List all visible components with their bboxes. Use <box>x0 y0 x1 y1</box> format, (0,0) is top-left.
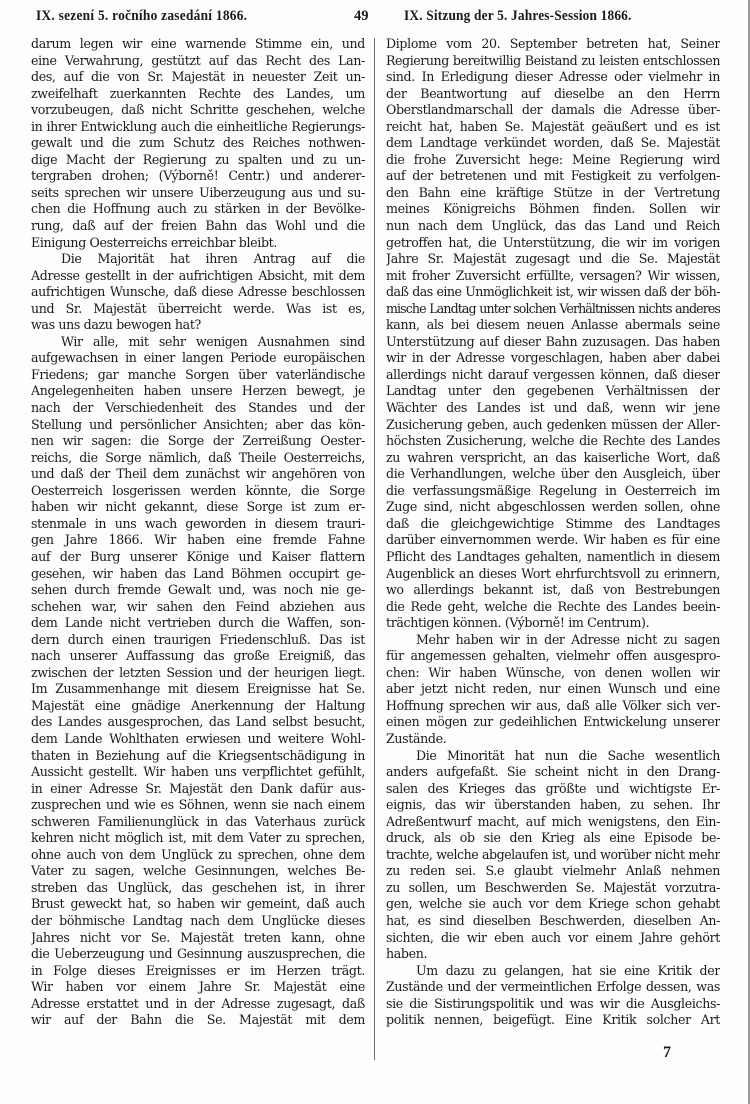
text-line: sind. In Erledigung dieser Adresse oder … <box>386 69 720 86</box>
text-line: Wächter des Landes ist und daß, wenn wir… <box>386 400 720 417</box>
text-line: die frohe Zuversicht hege: Meine Regieru… <box>386 152 720 169</box>
text-line: Um dazu zu gelangen, hat sie eine Kritik… <box>386 963 720 980</box>
text-line: nen wir sagen: die Sorge der Zerreißung … <box>31 433 365 450</box>
text-line: was uns dazu bewogen hat? <box>31 317 365 334</box>
text-line: höchsten Zusicherung, welche die Rechte … <box>386 433 720 450</box>
text-line: Zuge sind, nicht abgeschlossen werden so… <box>386 499 720 516</box>
text-line: Jahres nicht vor Se. Majestät treten kan… <box>31 930 365 947</box>
text-line: mit froher Zuversicht erfüllte, versagen… <box>386 268 720 285</box>
text-line: des, auf die von Sr. Majestät in neueste… <box>31 69 365 86</box>
column-divider <box>374 38 375 1060</box>
text-line: zwischen der letzten Session und der heu… <box>31 665 365 682</box>
text-line: Stellung und persönlicher Ansichten; abe… <box>31 417 365 434</box>
left-text-column: darum legen wir eine warnende Stimme ein… <box>31 36 365 1029</box>
page-number: 49 <box>354 8 369 25</box>
text-line: eignis, das wir überstanden haben, zu se… <box>386 797 720 814</box>
text-line: meines Königreichs Böhmen finden. Sollen… <box>386 201 720 218</box>
text-line: chen die Hoffnung auch zu stärken in der… <box>31 201 365 218</box>
text-line: gewalt und die zum Schutz des Reiches no… <box>31 135 365 152</box>
text-line: reicht hat, haben Se. Majestät geäußert … <box>386 119 720 136</box>
text-line: und daß der Theil dem zunächst wir angeh… <box>31 466 365 483</box>
text-line: hat, es sind dieselben Beschwerden, dies… <box>386 913 720 930</box>
running-header: IX. sezení 5. ročního zasedání 1866. 49 … <box>0 0 748 26</box>
text-line: die Ueberzeugung und Gesinnung auszuspre… <box>31 946 365 963</box>
text-line: Unterstützung auf dieser Bahn zuzusagen.… <box>386 334 720 351</box>
text-line: chen: Wir haben Wünsche, von denen wolle… <box>386 665 720 682</box>
text-line: Mehr haben wir in der Adresse nicht zu s… <box>386 632 720 649</box>
text-line: kehren nicht möglich ist, mit dem Vater … <box>31 830 365 847</box>
text-line: Adresse gestellt in der aufrichtigen Abs… <box>31 268 365 285</box>
text-line: aufrichtigen Wunsche, daß diese Adresse … <box>31 284 365 301</box>
text-line: Augenblick an dieses Wort ehrfurchtsvoll… <box>386 566 720 583</box>
text-line: Wir alle, mit sehr wenigen Ausnahmen sin… <box>31 334 365 351</box>
text-line: wo allerdings bekannt ist, daß von Bestr… <box>386 582 720 599</box>
text-line: in einer Adresse Sr. Majestät den Dank d… <box>31 781 365 798</box>
text-line: darüber einvernommen werde. Wir haben es… <box>386 532 720 549</box>
text-line: Majestät eine gnädige Anerkennung der Ha… <box>31 698 365 715</box>
text-line: für angemessen gehalten, vielmehr offen … <box>386 648 720 665</box>
text-line: Oesterreich losgerissen werden könnte, d… <box>31 483 365 500</box>
text-line: aber jetzt nicht reden, nur einen Wunsch… <box>386 681 720 698</box>
text-line: daß das eine Unmöglichkeit ist, wir wiss… <box>386 284 720 301</box>
text-line: nun nach dem Unglück, das das Land und R… <box>386 218 720 235</box>
text-line: aufgewachsen in einer langen Periode eur… <box>31 350 365 367</box>
text-line: haben. <box>386 946 720 963</box>
text-line: nach unserer Auffassung das große Ereign… <box>31 648 365 665</box>
text-line: auf der Burg unserer Könige und Kaiser f… <box>31 549 365 566</box>
header-german-title: IX. Sitzung der 5. Jahres-Session 1866. <box>404 8 632 25</box>
text-line: Adreßentwurf macht, auf mich wenigstens,… <box>386 814 720 831</box>
text-line: Friedens; gar manche Sorgen über vaterlä… <box>31 367 365 384</box>
text-line: schweren Familienunglück in das Vaterhau… <box>31 814 365 831</box>
text-line: thaten in Beziehung auf die Kriegsentsch… <box>31 748 365 765</box>
text-line: sie die Sistirungspolitik und was wir di… <box>386 996 720 1013</box>
text-line: getroffen hat, die Unterstützung, die wi… <box>386 235 720 252</box>
text-line: auf der betretenen und mit Festigkeit zu… <box>386 168 720 185</box>
text-line: Die Majorität hat ihren Antrag auf die <box>31 251 365 268</box>
text-line: zweifelhaft zuerkannten Rechte des Lande… <box>31 86 365 103</box>
text-line: Diplome vom 20. September betreten hat, … <box>386 36 720 53</box>
text-line: in Folge dieses Ereignisses er im Herzen… <box>31 963 365 980</box>
text-line: wir auf der Bahn die Se. Majestät mit de… <box>31 1012 365 1029</box>
text-line: anders aufgefaßt. Sie scheint nicht in d… <box>386 764 720 781</box>
text-line: mische Landtag unter solchen Verhältniss… <box>386 301 720 318</box>
text-line: stenmale in uns wach geworden in diesem … <box>31 516 365 533</box>
text-line: ohne auch von dem Unglück zu sprechen, o… <box>31 847 365 864</box>
text-line: und Sr. Majestät überreicht werde. Was i… <box>31 301 365 318</box>
text-line: Einigung Oesterreichs erreichbar bleibt. <box>31 235 365 252</box>
text-line: salen des Krieges das größte und wichtig… <box>386 781 720 798</box>
text-line: der böhmische Landtag nach dem Unglücke … <box>31 913 365 930</box>
text-line: schehen war, wir sahen den Feind abziehe… <box>31 599 365 616</box>
text-line: Pflicht des Landtages gehalten, namentli… <box>386 549 720 566</box>
text-line: sehen durch fremde Gewalt und, was noch … <box>31 582 365 599</box>
text-line: des Landes ausgesprochen, das Land selbs… <box>31 714 365 731</box>
text-line: Vater zu sagen, welche Gesinnungen, welc… <box>31 863 365 880</box>
text-line: einen mögen zur gedeihlichen Entwickelun… <box>386 714 720 731</box>
text-line: Landtag unter den gegebenen Verhältnisse… <box>386 383 720 400</box>
text-line: in ihrer Entwicklung auch die einheitlic… <box>31 119 365 136</box>
text-line: die Rede geht, welche die Rechte des Lan… <box>386 599 720 616</box>
text-line: Hoffnung sprechen wir aus, daß alle Völk… <box>386 698 720 715</box>
text-line: vorzubeugen, daß nicht Schritte geschehe… <box>31 102 365 119</box>
text-line: reichs, die Sorge nämlich, daß Theile Oe… <box>31 450 365 467</box>
text-line: dem Lande nicht vertrieben durch die Waf… <box>31 615 365 632</box>
text-line: Zustände und der vermeintlichen Erfolge … <box>386 979 720 996</box>
text-line: trachte, welche abgelaufen ist, und worü… <box>386 847 720 864</box>
text-line: die Verhandlungen, welche über den Ausgl… <box>386 466 720 483</box>
text-line: rung, daß auf der freien Bahn das Wohl u… <box>31 218 365 235</box>
text-line: eine Verwahrung, gestützt auf das Recht … <box>31 53 365 70</box>
text-line: Zusicherung geben, auch gedenken müssen … <box>386 417 720 434</box>
text-line: Zustände. <box>386 731 720 748</box>
text-line: kann, als bei diesem neuen Anlasse aberm… <box>386 317 720 334</box>
text-line: den Bahn eine kräftige Stütze in der Ver… <box>386 185 720 202</box>
text-line: gen, welche sie auch vor dem Kriege scho… <box>386 896 720 913</box>
text-line: Wir haben vor einem Jahre Sr. Majestät e… <box>31 979 365 996</box>
text-line: Brust geweckt hat, so haben wir gemeint,… <box>31 896 365 913</box>
text-line: tergraben drohen; (Výborně! Centr.) und … <box>31 168 365 185</box>
text-line: die verfassungsmäßige Regelung in Oester… <box>386 483 720 500</box>
text-line: wir in der Adresse vorgeschlagen, haben … <box>386 350 720 367</box>
text-line: Jahre Sr. Majestät zugesagt und die Se. … <box>386 251 720 268</box>
text-line: zu sollen, um Beschwerden Se. Majestät v… <box>386 880 720 897</box>
text-line: darum legen wir eine warnende Stimme ein… <box>31 36 365 53</box>
text-line: Regierung bereitwillig Beistand zu leist… <box>386 53 720 70</box>
text-line: Aussicht gestellt. Wir haben uns verpfli… <box>31 764 365 781</box>
text-line: der Beantwortung auf dieselbe an den Her… <box>386 86 720 103</box>
text-line: druck, als ob sie den Krieg als eine Epi… <box>386 830 720 847</box>
signature-mark: 7 <box>663 1044 671 1062</box>
text-line: gesehen, wir haben das Land Böhmen occup… <box>31 566 365 583</box>
text-line: daß die gleichgewichtige Stimme des Land… <box>386 516 720 533</box>
right-text-column: Diplome vom 20. September betreten hat, … <box>386 36 720 1029</box>
text-line: gen Jahre 1866. Wir haben eine fremde Fa… <box>31 532 365 549</box>
text-line: dem Landtage verkündet worden, daß Se. M… <box>386 135 720 152</box>
text-line: seits sprechen wir unsere Uiberzeugung a… <box>31 185 365 202</box>
text-line: dern durch einen traurigen Friedenschluß… <box>31 632 365 649</box>
text-line: streben das Unglück, das geschehen ist, … <box>31 880 365 897</box>
text-line: zu reden sei. S.e glaubt vielmehr Anlaß … <box>386 863 720 880</box>
text-line: dem Lande Wohlthaten erwiesen und weiter… <box>31 731 365 748</box>
text-line: Im Zusammenhange mit diesem Ereignisse h… <box>31 681 365 698</box>
document-page: IX. sezení 5. ročního zasedání 1866. 49 … <box>0 0 750 1104</box>
text-line: allerdings nicht darauf vergessen können… <box>386 367 720 384</box>
text-line: politik nennen, beigefügt. Eine Kritik s… <box>386 1012 720 1029</box>
text-line: Adresse erstattet und in der Adresse zug… <box>31 996 365 1013</box>
text-line: Oberstlandmarschall der damals die Adres… <box>386 102 720 119</box>
text-line: Die Minorität hat nun die Sache wesentli… <box>386 748 720 765</box>
text-line: haben wir nicht gekannt, diese Sorge ist… <box>31 499 365 516</box>
text-line: zusprechen und wie es Söhnen, wenn sie n… <box>31 797 365 814</box>
text-line: dige Macht der Regierung zu spalten und … <box>31 152 365 169</box>
text-line: sichten, die wir eben auch vor einem Jah… <box>386 930 720 947</box>
text-line: nach der Verschiedenheit des Standes und… <box>31 400 365 417</box>
header-czech-title: IX. sezení 5. ročního zasedání 1866. <box>36 8 247 25</box>
text-line: zu wahren verspricht, an das kaiserliche… <box>386 450 720 467</box>
text-line: trächtigen können. (Výborně! im Centrum)… <box>386 615 720 632</box>
text-line: Angelegenheiten haben unsere Herzen bewe… <box>31 383 365 400</box>
